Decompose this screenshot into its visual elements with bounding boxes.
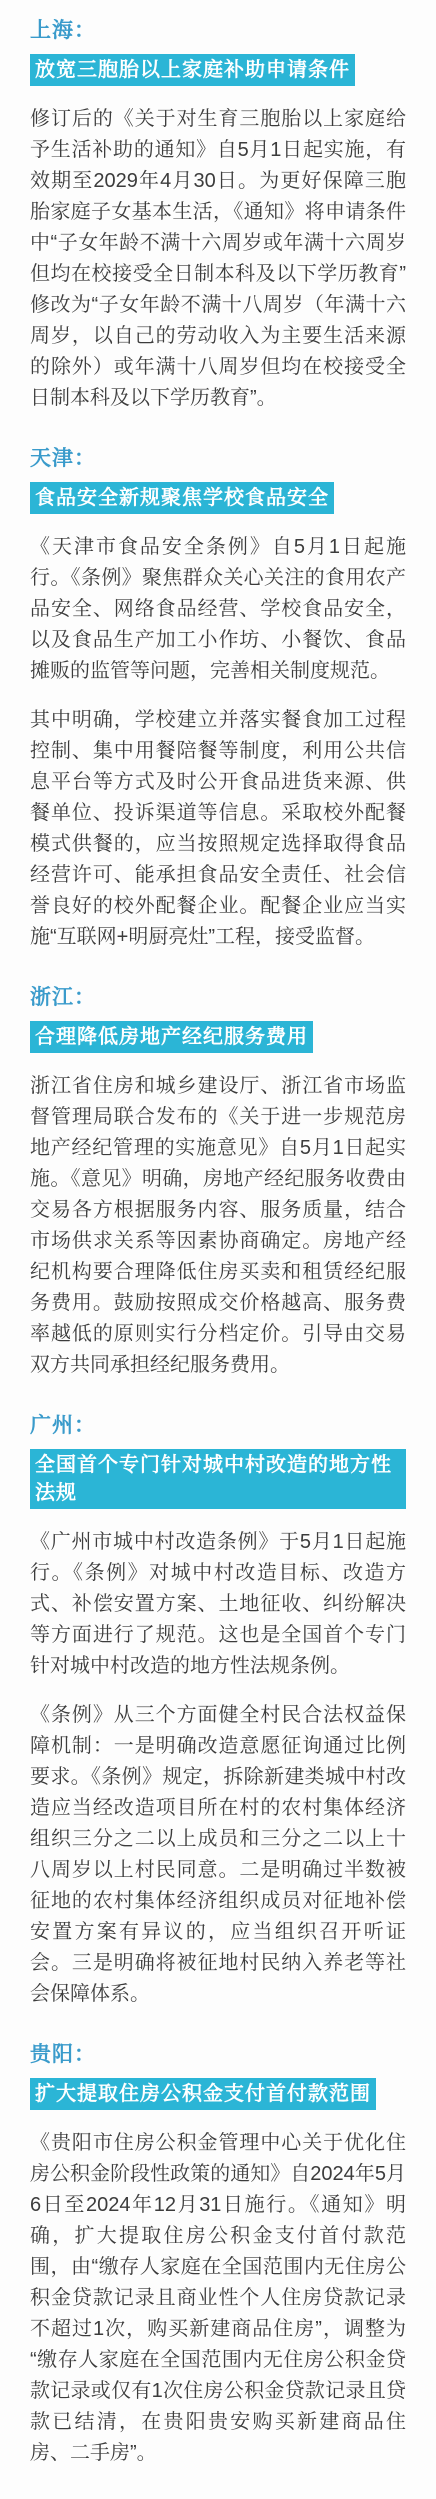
headline-row: 扩大提取住房公积金支付首付款范围	[30, 2078, 406, 2110]
paragraph: 其中明确，学校建立并落实餐食加工过程控制、集中用餐陪餐等制度，利用公共信息平台等…	[30, 705, 406, 953]
article-body: 上海： 放宽三胞胎以上家庭补助申请条件 修订后的《关于对生育三胞胎以上家庭给予生…	[0, 0, 436, 2499]
headline-highlight-guangzhou: 全国首个专门针对城中村改造的地方性法规	[30, 1449, 406, 1509]
paragraph: 《条例》从三个方面健全村民合法权益保障机制：一是明确改造意愿征询通过比例要求。《…	[30, 1700, 406, 2010]
section-guiyang: 贵阳： 扩大提取住房公积金支付首付款范围 《贵阳市住房公积金管理中心关于优化住房…	[30, 2040, 406, 2469]
city-label-zhejiang: 浙江：	[30, 983, 406, 1013]
city-label-guangzhou: 广州：	[30, 1411, 406, 1441]
paragraph: 修订后的《关于对生育三胞胎以上家庭给予生活补助的通知》自5月1日起实施，有效期至…	[30, 104, 406, 414]
headline-row: 食品安全新规聚焦学校食品安全	[30, 482, 406, 514]
headline-highlight-zhejiang: 合理降低房地产经纪服务费用	[30, 1021, 313, 1053]
paragraph: 浙江省住房和城乡建设厅、浙江省市场监督管理局联合发布的《关于进一步规范房地产经纪…	[30, 1071, 406, 1381]
city-label-shanghai: 上海：	[30, 16, 406, 46]
section-guangzhou: 广州： 全国首个专门针对城中村改造的地方性法规 《广州市城中村改造条例》于5月1…	[30, 1411, 406, 2010]
section-tianjin: 天津： 食品安全新规聚焦学校食品安全 《天津市食品安全条例》自5月1日起施行。《…	[30, 444, 406, 953]
paragraph: 《天津市食品安全条例》自5月1日起施行。《条例》聚焦群众关心关注的食用农产品安全…	[30, 532, 406, 687]
headline-highlight-shanghai: 放宽三胞胎以上家庭补助申请条件	[30, 54, 355, 86]
city-label-tianjin: 天津：	[30, 444, 406, 474]
paragraph: 《贵阳市住房公积金管理中心关于优化住房公积金阶段性政策的通知》自2024年5月6…	[30, 2128, 406, 2469]
section-shanghai: 上海： 放宽三胞胎以上家庭补助申请条件 修订后的《关于对生育三胞胎以上家庭给予生…	[30, 16, 406, 414]
headline-row: 全国首个专门针对城中村改造的地方性法规	[30, 1449, 406, 1509]
headline-highlight-tianjin: 食品安全新规聚焦学校食品安全	[30, 482, 334, 514]
paragraph: 《广州市城中村改造条例》于5月1日起施行。《条例》对城中村改造目标、改造方式、补…	[30, 1527, 406, 1682]
section-zhejiang: 浙江： 合理降低房地产经纪服务费用 浙江省住房和城乡建设厅、浙江省市场监督管理局…	[30, 983, 406, 1381]
headline-highlight-guiyang: 扩大提取住房公积金支付首付款范围	[30, 2078, 376, 2110]
headline-row: 放宽三胞胎以上家庭补助申请条件	[30, 54, 406, 86]
city-label-guiyang: 贵阳：	[30, 2040, 406, 2070]
headline-row: 合理降低房地产经纪服务费用	[30, 1021, 406, 1053]
